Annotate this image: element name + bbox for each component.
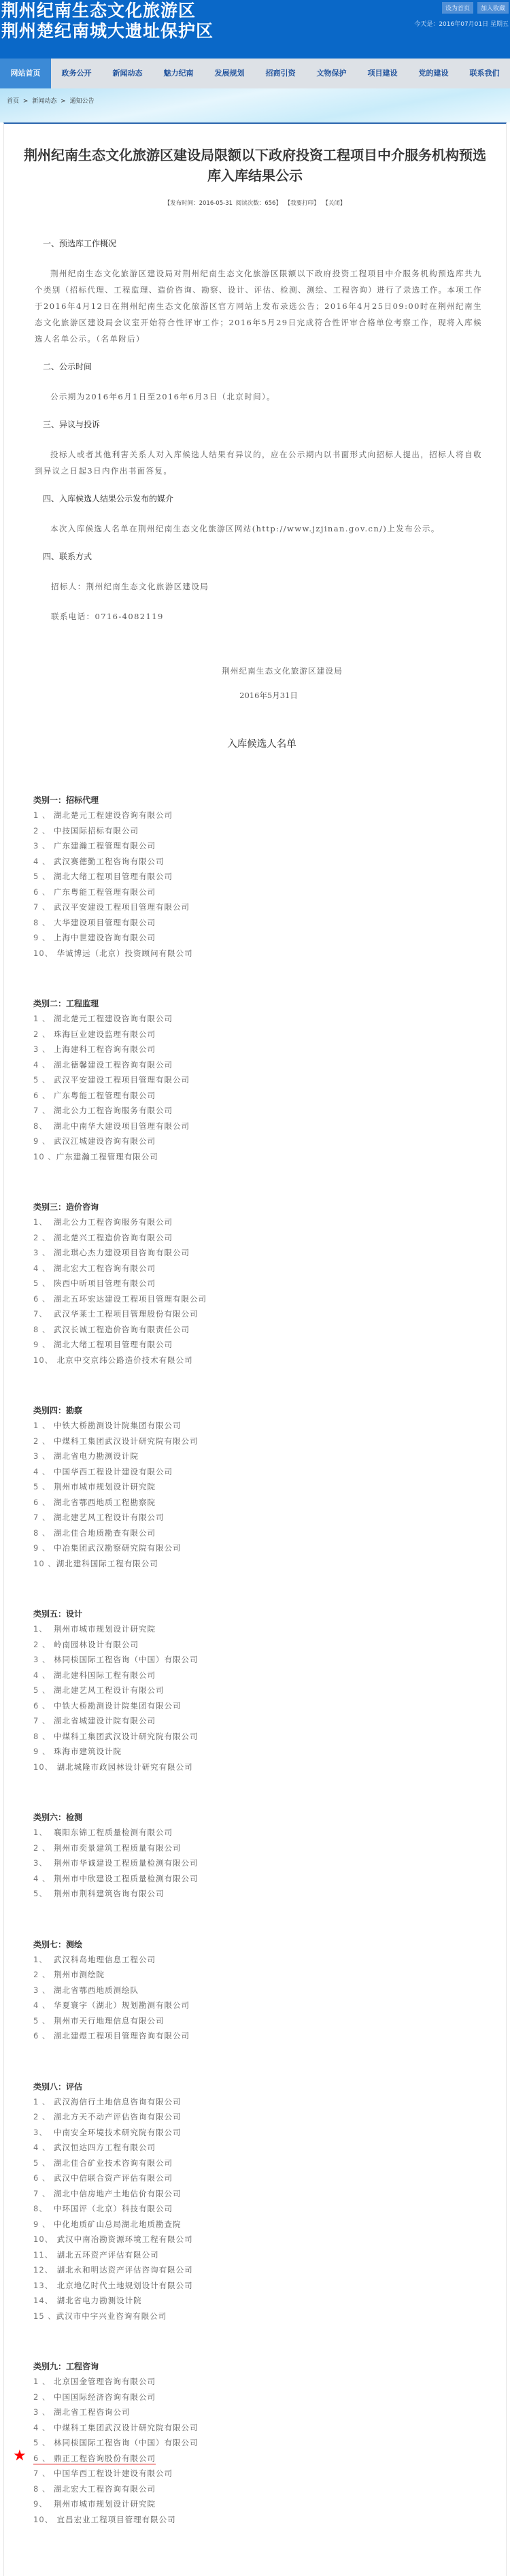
list-item: 5 、湖北大绪工程项目管理有限公司 (33, 869, 506, 885)
list-item-number: 1 、 (33, 1418, 54, 1434)
list-item-text: 4 、武汉赛德勤工程咨询有限公司 (33, 857, 165, 866)
list-item: 2 、湖北楚兴工程造价咨询有限公司 (33, 1230, 506, 1246)
list-item-number: 10、 (33, 1760, 54, 1775)
article-body: 一、预选库工作概况 荆州纪南生态文化旅游区建设局对荆州纪南生态文化旅游区限额以下… (4, 207, 506, 750)
section-heading-media: 四、入库候选人结果公示发布的媒介 (35, 493, 482, 504)
list-item-text: 8 、湖北宏大工程咨询有限公司 (33, 2484, 156, 2494)
list-item: 5 、荆州市天行地理信息有限公司 (33, 2013, 506, 2029)
list-item-text: 7 、武汉平安建设工程项目管理有限公司 (33, 902, 190, 912)
company-name: 湖北方天不动产评估咨询有限公司 (54, 2112, 182, 2121)
list-item: 3 、湖北省工程咨询公司 (33, 2405, 506, 2420)
company-name: 湖北建艺风工程设计有限公司 (54, 1513, 165, 1522)
list-item: 9 、上海中世建设咨询有限公司 (33, 930, 506, 946)
company-name: 荆州市华诚建设工程质量检测有限公司 (54, 1858, 199, 1868)
category-heading: 类别四：勘察 (33, 1403, 506, 1418)
top-links: 设为首页 加入收藏 (442, 2, 509, 14)
company-name: 鼎正工程咨询股份有限公司 (54, 2454, 156, 2463)
list-item: 4 、武汉恒达四方工程有限公司 (33, 2140, 506, 2156)
list-item-text: 8、湖北中南华大建设项目管理有限公司 (33, 1121, 190, 1131)
tenderer-line: 招标人：荆州纪南生态文化旅游区建设局 (35, 578, 482, 595)
category-heading: 类别二：工程监理 (33, 996, 506, 1011)
list-item-text: 9、荆州市城市规划设计研究院 (33, 2499, 156, 2509)
site-logo-title[interactable]: 荆州纪南生态文化旅游区 荆州楚纪南城大遗址保护区 (1, 1, 214, 42)
list-item-highlighted: ★6 、鼎正工程咨询股份有限公司 (33, 2451, 506, 2466)
company-name: 荆州市天行地理信息有限公司 (54, 2016, 165, 2026)
list-item-text: 1 、湖北楚元工程建设咨询有限公司 (33, 810, 173, 820)
list-item-text: 6 、武汉中信联合资产评估有限公司 (33, 2173, 173, 2183)
section-heading-publicity-period: 二、公示时间 (35, 361, 482, 372)
list-item-text: 3 、湖北省工程咨询公司 (33, 2407, 131, 2417)
list-item-text: 1、荆州市城市规划设计研究院 (33, 1624, 156, 1634)
list-item: 7、武汉华莱士工程项目管理股份有限公司 (33, 1306, 506, 1322)
list-item: 5 、陕西中昕项目管理有限公司 (33, 1276, 506, 1291)
list-item: 1 、北京国金管理咨询有限公司 (33, 2374, 506, 2390)
list-item-text: 4 、中国华西工程设计建设有限公司 (33, 1467, 173, 1476)
list-item-text: 9 、珠海市建筑设计院 (33, 1747, 122, 1756)
list-item: 6 、广东粤能工程管理有限公司 (33, 885, 506, 900)
category-block: 类别二：工程监理1 、湖北楚元工程建设咨询有限公司2 、珠海巨业建设监理有限公司… (33, 996, 506, 1164)
overview-paragraph: 荆州纪南生态文化旅游区建设局对荆州纪南生态文化旅游区限额以下政府投资工程项目中介… (35, 265, 482, 347)
list-item: 9 、湖北大绪工程项目管理有限公司 (33, 1337, 506, 1353)
nav-item-news[interactable]: 新闻动态 (102, 59, 153, 88)
list-item-text: 7 、湖北建艺风工程设计有限公司 (33, 1513, 165, 1522)
list-item: 10、 宜昌宏业工程项目管理有限公司 (33, 2512, 506, 2528)
list-item: 9、荆州市城市规划设计研究院 (33, 2496, 506, 2512)
list-item-text: 4 、华夏寰宇（湖北）规划勘测有限公司 (33, 2000, 190, 2010)
nav-item-home[interactable]: 网站首页 (0, 59, 51, 88)
list-item-number: 10、 (33, 2512, 54, 2528)
list-item-text: 3 、湖北省鄂西地质测绘队 (33, 1985, 139, 1995)
list-item-number: 8 、 (33, 1322, 54, 1338)
list-item-text: 5、荆州市荆科建筑咨询有限公司 (33, 1889, 165, 1898)
list-item-number: 2 、 (33, 1967, 54, 1983)
list-item: 8 、武汉长诚工程造价咨询有限责任公司 (33, 1322, 506, 1338)
list-item: 9 、中冶集团武汉勘察研究院有限公司 (33, 1540, 506, 1556)
company-name: 广东粤能工程管理有限公司 (54, 1091, 156, 1100)
company-name: 荆州市城市规划设计研究院 (54, 1624, 156, 1634)
nav-item-contact-us[interactable]: 联系我们 (459, 59, 510, 88)
list-item: 4 、华夏寰宇（湖北）规划勘测有限公司 (33, 1998, 506, 2013)
category-block: 类别三：造价咨询1、湖北公力工程咨询服务有限公司2 、湖北楚兴工程造价咨询有限公… (33, 1200, 506, 1368)
breadcrumb-news[interactable]: 新闻动态 (32, 98, 56, 105)
company-name: 湖北宏大工程咨询有限公司 (54, 1264, 156, 1273)
company-name: 湖北建科国际工程有限公司 (54, 1670, 156, 1680)
list-item-number: 8 、 (33, 1729, 54, 1745)
company-name: 湖北琪心杰力建设项目咨询有限公司 (54, 1248, 190, 1257)
list-item-number: 3 、 (33, 1245, 54, 1261)
company-name: 荆州市城市规划设计研究院 (54, 1482, 156, 1491)
company-name: 珠海市建筑设计院 (54, 1747, 122, 1756)
list-item-text: 2 、岭南园林设计有限公司 (33, 1640, 139, 1649)
list-item-number: 5 、 (33, 1072, 54, 1088)
list-item-text: 9 、上海中世建设咨询有限公司 (33, 933, 156, 942)
list-item: 1 、中铁大桥勘测设计院集团有限公司 (33, 1418, 506, 1434)
list-item: 6 、中铁大桥勘测设计院集团有限公司 (33, 1698, 506, 1714)
list-item-text: 6 、湖北省鄂西地质工程勘察院 (33, 1498, 156, 1507)
candidate-list-title: 入库候选人名单 (35, 736, 482, 750)
list-item-text: 2 、荆州市奕景建筑工程质量有限公司 (33, 1843, 182, 1853)
list-item-number: 2 、 (33, 2109, 54, 2125)
company-name: 武汉海信行土地信息咨询有限公司 (54, 2097, 182, 2107)
list-item-text: 3 、上海建科工程咨询有限公司 (33, 1044, 156, 1054)
set-homepage-link[interactable]: 设为首页 (442, 2, 473, 14)
list-item: 8 、大华建设项目管理有限公司 (33, 915, 506, 931)
section-heading-objections: 三、异议与投诉 (35, 418, 482, 430)
list-item-text: 3、中南安全环境技术研究院有限公司 (33, 2128, 182, 2137)
company-name: 北京地亿时代土地规划设计有限公司 (54, 2281, 193, 2290)
list-item-number: 8 、 (33, 1525, 54, 1541)
list-item-text: 6 、鼎正工程咨询股份有限公司 (33, 2454, 156, 2464)
list-item-text: 6 、湖北建煜工程项目管理咨询有限公司 (33, 2031, 190, 2041)
list-item: 5 、武汉平安建设工程项目管理有限公司 (33, 1072, 506, 1088)
list-item-text: 3 、湖北琪心杰力建设项目咨询有限公司 (33, 1248, 190, 1257)
list-item-text: 4 、湖北宏大工程咨询有限公司 (33, 1264, 156, 1273)
list-item-number: 3 、 (33, 1042, 54, 1057)
company-name: 湖北省鄂西地质工程勘察院 (54, 1498, 156, 1507)
article-title: 荆州纪南生态文化旅游区建设局限额以下政府投资工程项目中介服务机构预选库入库结果公… (4, 124, 506, 186)
list-item-number: 2 、 (33, 1230, 54, 1246)
company-name: 上海中世建设咨询有限公司 (54, 933, 156, 942)
site-title-line1: 荆州纪南生态文化旅游区 (1, 1, 214, 21)
company-name: 荆州市奕景建筑工程质量有限公司 (54, 1843, 182, 1853)
list-item-number: 12、 (33, 2262, 54, 2278)
company-name: 中铁大桥勘测设计院集团有限公司 (54, 1421, 182, 1430)
company-name: 荆州市中欣建设工程质量检测有限公司 (54, 1874, 199, 1883)
company-name: 湖北公力工程咨询服务有限公司 (54, 1217, 173, 1227)
list-item-number: 3 、 (33, 838, 54, 854)
list-item-number: 3 、 (33, 1983, 54, 1998)
list-item-number: 3、 (33, 2125, 54, 2141)
company-name: 荆州市荆科建筑咨询有限公司 (54, 1889, 165, 1898)
list-item-number: 4 、 (33, 1871, 54, 1887)
list-item-text: 1、襄阳东锦工程质量检测有限公司 (33, 1828, 173, 1837)
list-item: 4 、荆州市中欣建设工程质量检测有限公司 (33, 1871, 506, 1887)
list-item-number: 4 、 (33, 2420, 54, 2436)
list-item-text: 1 、武汉海信行土地信息咨询有限公司 (33, 2097, 182, 2107)
company-name: 湖北建科国际工程有限公司 (56, 1559, 158, 1568)
nav-item-heritage-protection[interactable]: 文物保护 (306, 59, 357, 88)
company-name: 湖北省鄂西地质测绘队 (54, 1985, 139, 1995)
list-item-number: 1、 (33, 1621, 54, 1637)
list-item-number: 5 、 (33, 2013, 54, 2029)
company-name: 宜昌宏业工程项目管理有限公司 (54, 2515, 176, 2524)
list-item-number: 11、 (33, 2247, 54, 2263)
company-name: 湖北五环宏达建设工程项目管理有限公司 (54, 1294, 207, 1304)
list-item-number: 2 、 (33, 1840, 54, 1856)
list-item: 10、 湖北城隆市政园林设计研究有限公司 (33, 1760, 506, 1775)
nav-item-investment[interactable]: 招商引资 (255, 59, 306, 88)
list-item: 1、湖北公力工程咨询服务有限公司 (33, 1215, 506, 1230)
list-item: 2 、岭南园林设计有限公司 (33, 1637, 506, 1653)
list-item-number: 6 、 (33, 1291, 54, 1307)
list-item-number: 2 、 (33, 1637, 54, 1653)
list-item-text: 5 、荆州市城市规划设计研究院 (33, 1482, 156, 1491)
list-item-number: 4 、 (33, 1998, 54, 2013)
company-name: 林同棪国际工程咨询（中国）有限公司 (54, 1655, 199, 1664)
company-name: 湖北大绪工程项目管理有限公司 (54, 872, 173, 881)
company-name: 中煤科工集团武汉设计研究院有限公司 (54, 2423, 199, 2432)
nav-item-government-affairs[interactable]: 政务公开 (51, 59, 102, 88)
company-name: 大华建设项目管理有限公司 (54, 918, 156, 927)
list-item-text: 8、中环国评（北京）科技有限公司 (33, 2204, 173, 2213)
article: 荆州纪南生态文化旅游区建设局限额以下政府投资工程项目中介服务机构预选库入库结果公… (3, 122, 507, 2576)
list-item-number: 4 、 (33, 1261, 54, 1276)
category-heading: 类别九：工程咨询 (33, 2359, 506, 2374)
list-item-number: 1 、 (33, 1011, 54, 1027)
list-item: 6 、湖北建煜工程项目管理咨询有限公司 (33, 2028, 506, 2044)
company-name: 广东粤能工程管理有限公司 (54, 887, 156, 897)
list-item: 10、 华诚博远（北京）投资顾问有限公司 (33, 946, 506, 961)
add-favorite-link[interactable]: 加入收藏 (477, 2, 509, 14)
company-name: 武汉中信联合资产评估有限公司 (54, 2173, 173, 2183)
list-item-number: 2 、 (33, 2390, 54, 2405)
list-item: 6 、广东粤能工程管理有限公司 (33, 1088, 506, 1104)
list-item-number: 10 、 (33, 1149, 56, 1165)
list-item: 2 、荆州市奕景建筑工程质量有限公司 (33, 1840, 506, 1856)
category-block: 类别九：工程咨询1 、北京国金管理咨询有限公司2 、中国国际经济咨询有限公司3 … (33, 2359, 506, 2527)
company-name: 武汉长诚工程造价咨询有限责任公司 (54, 1325, 190, 1334)
publish-time: 【发布时间：2016-05-31 (165, 200, 233, 207)
list-item-number: 3 、 (33, 1449, 54, 1464)
company-name: 湖北德馨建设工程咨询有限公司 (54, 1060, 173, 1070)
company-name: 广东建瀚工程管理有限公司 (56, 1152, 158, 1161)
list-item-text: 1、武汉科岛地理信息工程公司 (33, 1955, 156, 1964)
list-item-number: 7 、 (33, 2186, 54, 2202)
list-item: 1、武汉科岛地理信息工程公司 (33, 1952, 506, 1968)
list-item: 4 、中煤科工集团武汉设计研究院有限公司 (33, 2420, 506, 2436)
list-item: 15 、武汉市中宇兴业咨询有限公司 (33, 2309, 506, 2324)
list-item-text: 10、 湖北城隆市政园林设计研究有限公司 (33, 1762, 193, 1772)
list-item-number: 13、 (33, 2278, 54, 2294)
list-item-number: 10 、 (33, 1556, 56, 1572)
list-item-number: 3、 (33, 1855, 54, 1871)
list-item: 3、中南安全环境技术研究院有限公司 (33, 2125, 506, 2141)
nav-item-charm-jinan[interactable]: 魅力纪南 (153, 59, 204, 88)
list-item-number: 8、 (33, 2201, 54, 2217)
company-name: 湖北省工程咨询公司 (54, 2407, 131, 2417)
list-item-number: 7 、 (33, 1713, 54, 1729)
list-item-number: 4 、 (33, 1057, 54, 1073)
list-item: 9 、中化地质矿山总局湖北地质勘查院 (33, 2217, 506, 2232)
list-item-text: 2 、湖北楚兴工程造价咨询有限公司 (33, 1233, 173, 1242)
company-name: 武汉中南冶勘资源环境工程有限公司 (54, 2234, 193, 2244)
company-name: 华夏寰宇（湖北）规划勘测有限公司 (54, 2000, 190, 2010)
list-item-number: 7 、 (33, 1103, 54, 1119)
list-item-number: 4 、 (33, 1668, 54, 1683)
list-item-text: 1、湖北公力工程咨询服务有限公司 (33, 1217, 173, 1227)
list-item-text: 1 、中铁大桥勘测设计院集团有限公司 (33, 1421, 182, 1430)
list-item-number: 9、 (33, 2496, 54, 2512)
list-item-number: 2 、 (33, 1027, 54, 1042)
list-item-text: 8 、武汉长诚工程造价咨询有限责任公司 (33, 1325, 190, 1334)
nav-item-project-construction[interactable]: 项目建设 (357, 59, 408, 88)
list-item: 6 、武汉中信联合资产评估有限公司 (33, 2170, 506, 2186)
list-item: 9 、武汉江城建设咨询有限公司 (33, 1134, 506, 1149)
list-item-number: 6 、 (33, 885, 54, 900)
list-item-text: 5 、荆州市天行地理信息有限公司 (33, 2016, 165, 2026)
category-heading: 类别三：造价咨询 (33, 1200, 506, 1215)
company-name: 襄阳东锦工程质量检测有限公司 (54, 1828, 173, 1837)
list-item: 10、 武汉中南冶勘资源环境工程有限公司 (33, 2232, 506, 2247)
list-item-text: 12、 湖北永和明达资产评估咨询有限公司 (33, 2265, 193, 2275)
list-item: 4 、湖北建科国际工程有限公司 (33, 1668, 506, 1683)
list-item-text: 7 、湖北中信房地产土地估价有限公司 (33, 2189, 182, 2198)
list-item-text: 5 、湖北建艺风工程设计有限公司 (33, 1685, 165, 1695)
list-item-number: 1 、 (33, 2094, 54, 2110)
company-name: 北京中交京纬公路造价技术有限公司 (54, 1355, 193, 1365)
company-name: 中煤科工集团武汉设计研究院有限公司 (54, 1436, 199, 1446)
company-name: 中国国际经济咨询有限公司 (54, 2392, 156, 2402)
list-item-text: 6 、广东粤能工程管理有限公司 (33, 1091, 156, 1100)
company-name: 湖北宏大工程咨询有限公司 (54, 2484, 156, 2494)
company-name: 陕西中昕项目管理有限公司 (54, 1278, 156, 1288)
company-name: 林同棪国际工程咨询（中国）有限公司 (54, 2438, 199, 2447)
nav-item-party-building[interactable]: 党的建设 (408, 59, 459, 88)
list-item-number: 9 、 (33, 1540, 54, 1556)
company-name: 湖北五环资产评估有限公司 (54, 2250, 159, 2260)
list-item: 1 、武汉海信行土地信息咨询有限公司 (33, 2094, 506, 2110)
list-item-number: 7 、 (33, 899, 54, 915)
company-name: 中环国评（北京）科技有限公司 (54, 2204, 173, 2213)
list-item: 14、 湖北省电力勘测设计院 (33, 2293, 506, 2309)
company-name: 湖北城隆市政园林设计研究有限公司 (54, 1762, 193, 1772)
company-name: 武汉恒达四方工程有限公司 (54, 2143, 156, 2152)
list-item: 3 、湖北省电力勘测设计院 (33, 1449, 506, 1464)
list-item-text: 8 、湖北佳合地质勘查有限公司 (33, 1528, 156, 1538)
list-item-text: 14、 湖北省电力勘测设计院 (33, 2296, 142, 2305)
breadcrumb-home[interactable]: 首页 (7, 98, 19, 105)
list-item-text: 9 、武汉江城建设咨询有限公司 (33, 1136, 156, 1146)
list-item: 7 、湖北省城建设计院有限公司 (33, 1713, 506, 1729)
company-name: 中南安全环境技术研究院有限公司 (54, 2128, 182, 2137)
list-item-number: 5、 (33, 1886, 54, 1902)
list-item: 4 、湖北宏大工程咨询有限公司 (33, 1261, 506, 1276)
list-item-text: 2 、珠海巨业建设监理有限公司 (33, 1029, 156, 1039)
list-item: 1 、湖北楚元工程建设咨询有限公司 (33, 1011, 506, 1027)
company-name: 中煤科工集团武汉设计研究院有限公司 (54, 1732, 199, 1741)
company-name: 武汉江城建设咨询有限公司 (54, 1136, 156, 1146)
list-item: 8 、中煤科工集团武汉设计研究院有限公司 (33, 1729, 506, 1745)
list-item: 5 、湖北建艺风工程设计有限公司 (33, 1683, 506, 1698)
company-name: 湖北公力工程咨询服务有限公司 (54, 1106, 173, 1115)
list-item-text: 4 、武汉恒达四方工程有限公司 (33, 2143, 156, 2152)
list-item-text: 3、荆州市华诚建设工程质量检测有限公司 (33, 1858, 199, 1868)
list-item-number: 7 、 (33, 2466, 54, 2481)
candidate-categories: 类别一：招标代理1 、湖北楚元工程建设咨询有限公司2 、中技国际招标有限公司3 … (4, 793, 506, 2527)
list-item: 5 、湖北佳合矿业技术咨询有限公司 (33, 2156, 506, 2171)
banner: 首页 > 新闻动态 > 通知公告 (0, 88, 510, 122)
category-heading: 类别八：评估 (33, 2079, 506, 2094)
list-item: 4 、湖北德馨建设工程咨询有限公司 (33, 1057, 506, 1073)
breadcrumb-notices[interactable]: 通知公告 (70, 98, 95, 105)
list-item-text: 7 、湖北公力工程咨询服务有限公司 (33, 1106, 173, 1115)
list-item-text: 5 、湖北大绪工程项目管理有限公司 (33, 872, 173, 881)
company-name: 中冶集团武汉勘察研究院有限公司 (54, 1543, 182, 1553)
list-item: 2 、珠海巨业建设监理有限公司 (33, 1027, 506, 1042)
list-item: 3 、湖北琪心杰力建设项目咨询有限公司 (33, 1245, 506, 1261)
company-name: 湖北省城建设计院有限公司 (54, 1716, 156, 1725)
list-item: 6 、湖北五环宏达建设工程项目管理有限公司 (33, 1291, 506, 1307)
media-paragraph: 本次入库候选人名单在荆州纪南生态文化旅游区网站(http://www.jzjin… (35, 521, 482, 537)
print-link[interactable]: 【我要打印】 (285, 200, 320, 207)
list-item: 8、中环国评（北京）科技有限公司 (33, 2201, 506, 2217)
list-item: 2 、中煤科工集团武汉设计研究院有限公司 (33, 1434, 506, 1449)
list-item-number: 8 、 (33, 2481, 54, 2497)
list-item-number: 5 、 (33, 1683, 54, 1698)
company-name: 湖北建艺风工程设计有限公司 (54, 1685, 165, 1695)
signature-date: 2016年5月31日 (35, 690, 482, 701)
list-item: 5 、林同棪国际工程咨询（中国）有限公司 (33, 2435, 506, 2451)
list-item-number: 8、 (33, 1119, 54, 1134)
list-item: 3 、湖北省鄂西地质测绘队 (33, 1983, 506, 1998)
close-link[interactable]: 【关闭】 (322, 200, 345, 207)
list-item-number: 5 、 (33, 1479, 54, 1495)
list-item-text: 10、 武汉中南冶勘资源环境工程有限公司 (33, 2234, 193, 2244)
company-name: 广东建瀚工程管理有限公司 (54, 841, 156, 851)
list-item-text: 10、 华诚博远（北京）投资顾问有限公司 (33, 948, 193, 958)
list-item-text: 2 、中煤科工集团武汉设计研究院有限公司 (33, 1436, 199, 1446)
list-item: 11、 湖北五环资产评估有限公司 (33, 2247, 506, 2263)
list-item-text: 6 、中铁大桥勘测设计院集团有限公司 (33, 1701, 182, 1711)
section-heading-overview: 一、预选库工作概况 (35, 237, 482, 249)
category-heading: 类别一：招标代理 (33, 793, 506, 808)
list-item-text: 2 、荆州市测绘院 (33, 1970, 105, 1979)
list-item: 1、荆州市城市规划设计研究院 (33, 1621, 506, 1637)
company-name: 武汉华莱士工程项目管理股份有限公司 (54, 1309, 199, 1319)
list-item: 4 、中国华西工程设计建设有限公司 (33, 1464, 506, 1480)
list-item-text: 2 、湖北方天不动产评估咨询有限公司 (33, 2112, 182, 2121)
company-name: 武汉市中宇兴业咨询有限公司 (56, 2311, 167, 2321)
list-item: 7 、武汉平安建设工程项目管理有限公司 (33, 899, 506, 915)
list-item-text: 1 、湖北楚元工程建设咨询有限公司 (33, 1014, 173, 1023)
list-item-number: 3 、 (33, 2405, 54, 2420)
list-item: 6 、湖北省鄂西地质工程勘察院 (33, 1495, 506, 1510)
company-name: 湖北楚元工程建设咨询有限公司 (54, 1014, 173, 1023)
list-item-number: 5 、 (33, 869, 54, 885)
list-item: 8 、湖北佳合地质勘查有限公司 (33, 1525, 506, 1541)
list-item: 1、襄阳东锦工程质量检测有限公司 (33, 1825, 506, 1840)
list-item-number: 1 、 (33, 2374, 54, 2390)
list-item-number: 1、 (33, 1215, 54, 1230)
category-heading: 类别七：测绘 (33, 1937, 506, 1952)
list-item: 2 、荆州市测绘院 (33, 1967, 506, 1983)
list-item: 10、 北京中交京纬公路造价技术有限公司 (33, 1353, 506, 1368)
list-item-number: 5 、 (33, 2156, 54, 2171)
section-heading-contact: 四、联系方式 (35, 550, 482, 562)
list-item-text: 4 、荆州市中欣建设工程质量检测有限公司 (33, 1874, 199, 1883)
list-item-text: 8 、中煤科工集团武汉设计研究院有限公司 (33, 1732, 199, 1741)
company-name: 湖北省电力勘测设计院 (54, 2296, 142, 2305)
category-heading: 类别五：设计 (33, 1606, 506, 1621)
list-item-text: 13、 北京地亿时代土地规划设计有限公司 (33, 2281, 193, 2290)
list-item-number: 6 、 (33, 2028, 54, 2044)
category-heading: 类别六：检测 (33, 1810, 506, 1825)
company-name: 湖北永和明达资产评估咨询有限公司 (54, 2265, 193, 2275)
list-item-text: 10 、湖北建科国际工程有限公司 (33, 1559, 158, 1568)
signature-organization: 荆州纪南生态文化旅游区建设局 (35, 665, 482, 676)
breadcrumb-separator: > (23, 98, 29, 105)
list-item: 8 、湖北宏大工程咨询有限公司 (33, 2481, 506, 2497)
company-name: 湖北建煜工程项目管理咨询有限公司 (54, 2031, 190, 2041)
nav-item-development-planning[interactable]: 发展规划 (204, 59, 255, 88)
list-item: 2 、中国国际经济咨询有限公司 (33, 2390, 506, 2405)
company-name: 岭南园林设计有限公司 (54, 1640, 139, 1649)
list-item: 7 、中国华西工程设计建设有限公司 (33, 2466, 506, 2481)
list-item-number: 10、 (33, 946, 54, 961)
list-item: 10 、广东建瀚工程管理有限公司 (33, 1149, 506, 1165)
article-meta: 【发布时间：2016-05-31 阅读次数：656】 【我要打印】 【关闭】 (4, 199, 506, 207)
company-name: 湖北佳合地质勘查有限公司 (54, 1528, 156, 1538)
